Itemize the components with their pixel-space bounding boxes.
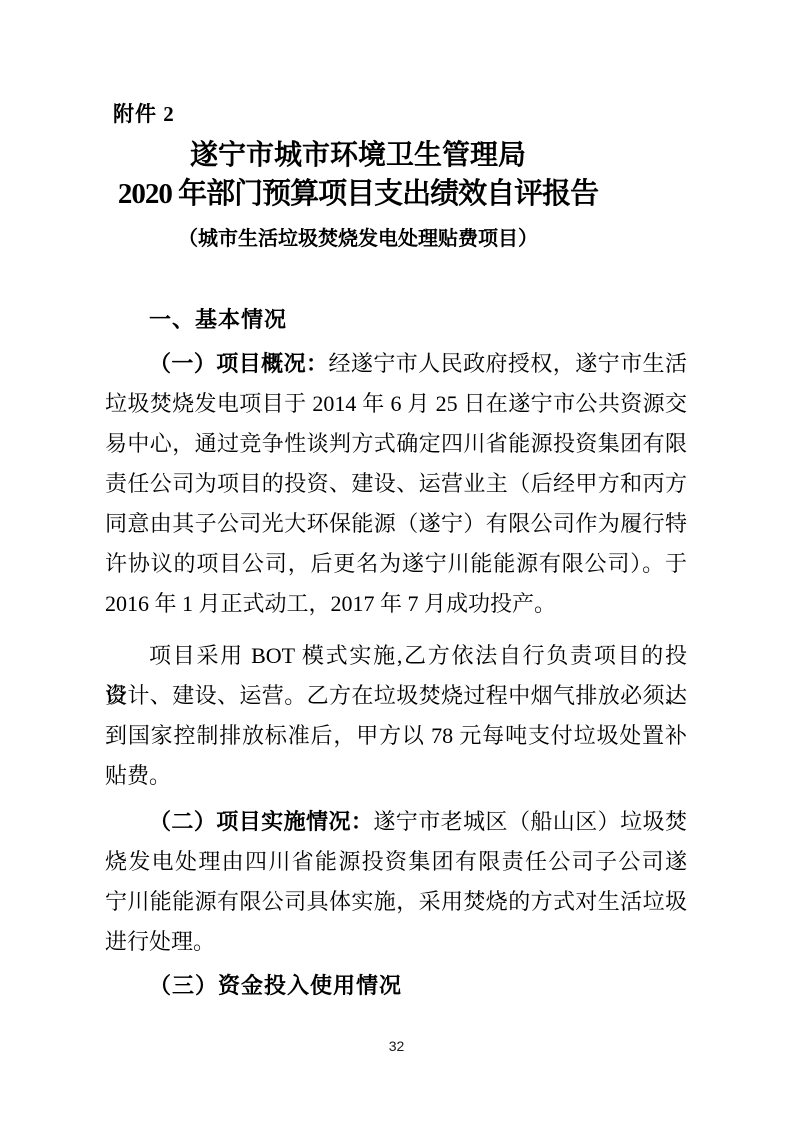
- paragraph-lead-overview: （一）项目概况：: [149, 351, 328, 376]
- section-heading-funds-usage: （三）资金投入使用情况: [105, 966, 687, 1006]
- body-line: 垃圾焚烧发电项目于 2014 年 6 月 25 日在遂宁市公共资源交: [105, 384, 687, 424]
- document-body: 一、基本情况 （一）项目概况：经遂宁市人民政府授权，遂宁市生活 垃圾焚烧发电项目…: [105, 300, 687, 1006]
- body-line: 烧发电处理由四川省能源投资集团有限责任公司子公司遂: [105, 842, 687, 882]
- body-line: 同意由其子公司光大环保能源（遂宁）有限公司作为履行特: [105, 504, 687, 544]
- body-line: 设计、建设、运营。乙方在垃圾焚烧过程中烟气排放必须达: [105, 676, 687, 716]
- document-title-line2: 2020 年部门预算项目支出绩效自评报告: [0, 174, 716, 214]
- body-line: 宁川能能源有限公司具体实施，采用焚烧的方式对生活垃圾: [105, 882, 687, 922]
- body-line: （二）项目实施情况：遂宁市老城区（船山区）垃圾焚: [105, 802, 687, 842]
- document-subtitle: （城市生活垃圾焚烧发电处理贴费项目）: [0, 222, 716, 251]
- paragraph-lead-implementation: （二）项目实施情况：: [149, 809, 373, 834]
- paragraph-text: 遂宁市老城区（船山区）垃圾焚: [373, 809, 687, 834]
- body-line: 2016 年 1 月正式动工，2017 年 7 月成功投产。: [105, 584, 687, 624]
- body-line: 项目采用 BOT 模式实施,乙方依法自行负责项目的投资、: [105, 636, 687, 676]
- body-line: 责任公司为项目的投资、建设、运营业主（后经甲方和丙方: [105, 464, 687, 504]
- body-line: （一）项目概况：经遂宁市人民政府授权，遂宁市生活: [105, 344, 687, 384]
- body-line: 到国家控制排放标准后，甲方以 78 元每吨支付垃圾处置补: [105, 716, 687, 756]
- attachment-label: 附件 2: [113, 98, 175, 128]
- body-line: 贴费。: [105, 756, 687, 796]
- document-page: 附件 2 遂宁市城市环境卫生管理局 2020 年部门预算项目支出绩效自评报告 （…: [0, 0, 793, 1122]
- title-block: 遂宁市城市环境卫生管理局 2020 年部门预算项目支出绩效自评报告 （城市生活垃…: [0, 137, 716, 251]
- document-title-line1: 遂宁市城市环境卫生管理局: [0, 137, 716, 174]
- section-heading-basic-info: 一、基本情况: [105, 300, 687, 340]
- page-number: 32: [0, 1038, 793, 1054]
- body-line: 易中心，通过竞争性谈判方式确定四川省能源投资集团有限: [105, 424, 687, 464]
- body-line: 许协议的项目公司，后更名为遂宁川能能源有限公司）。于: [105, 544, 687, 584]
- body-line: 进行处理。: [105, 922, 687, 962]
- paragraph-text: 经遂宁市人民政府授权，遂宁市生活: [328, 351, 687, 376]
